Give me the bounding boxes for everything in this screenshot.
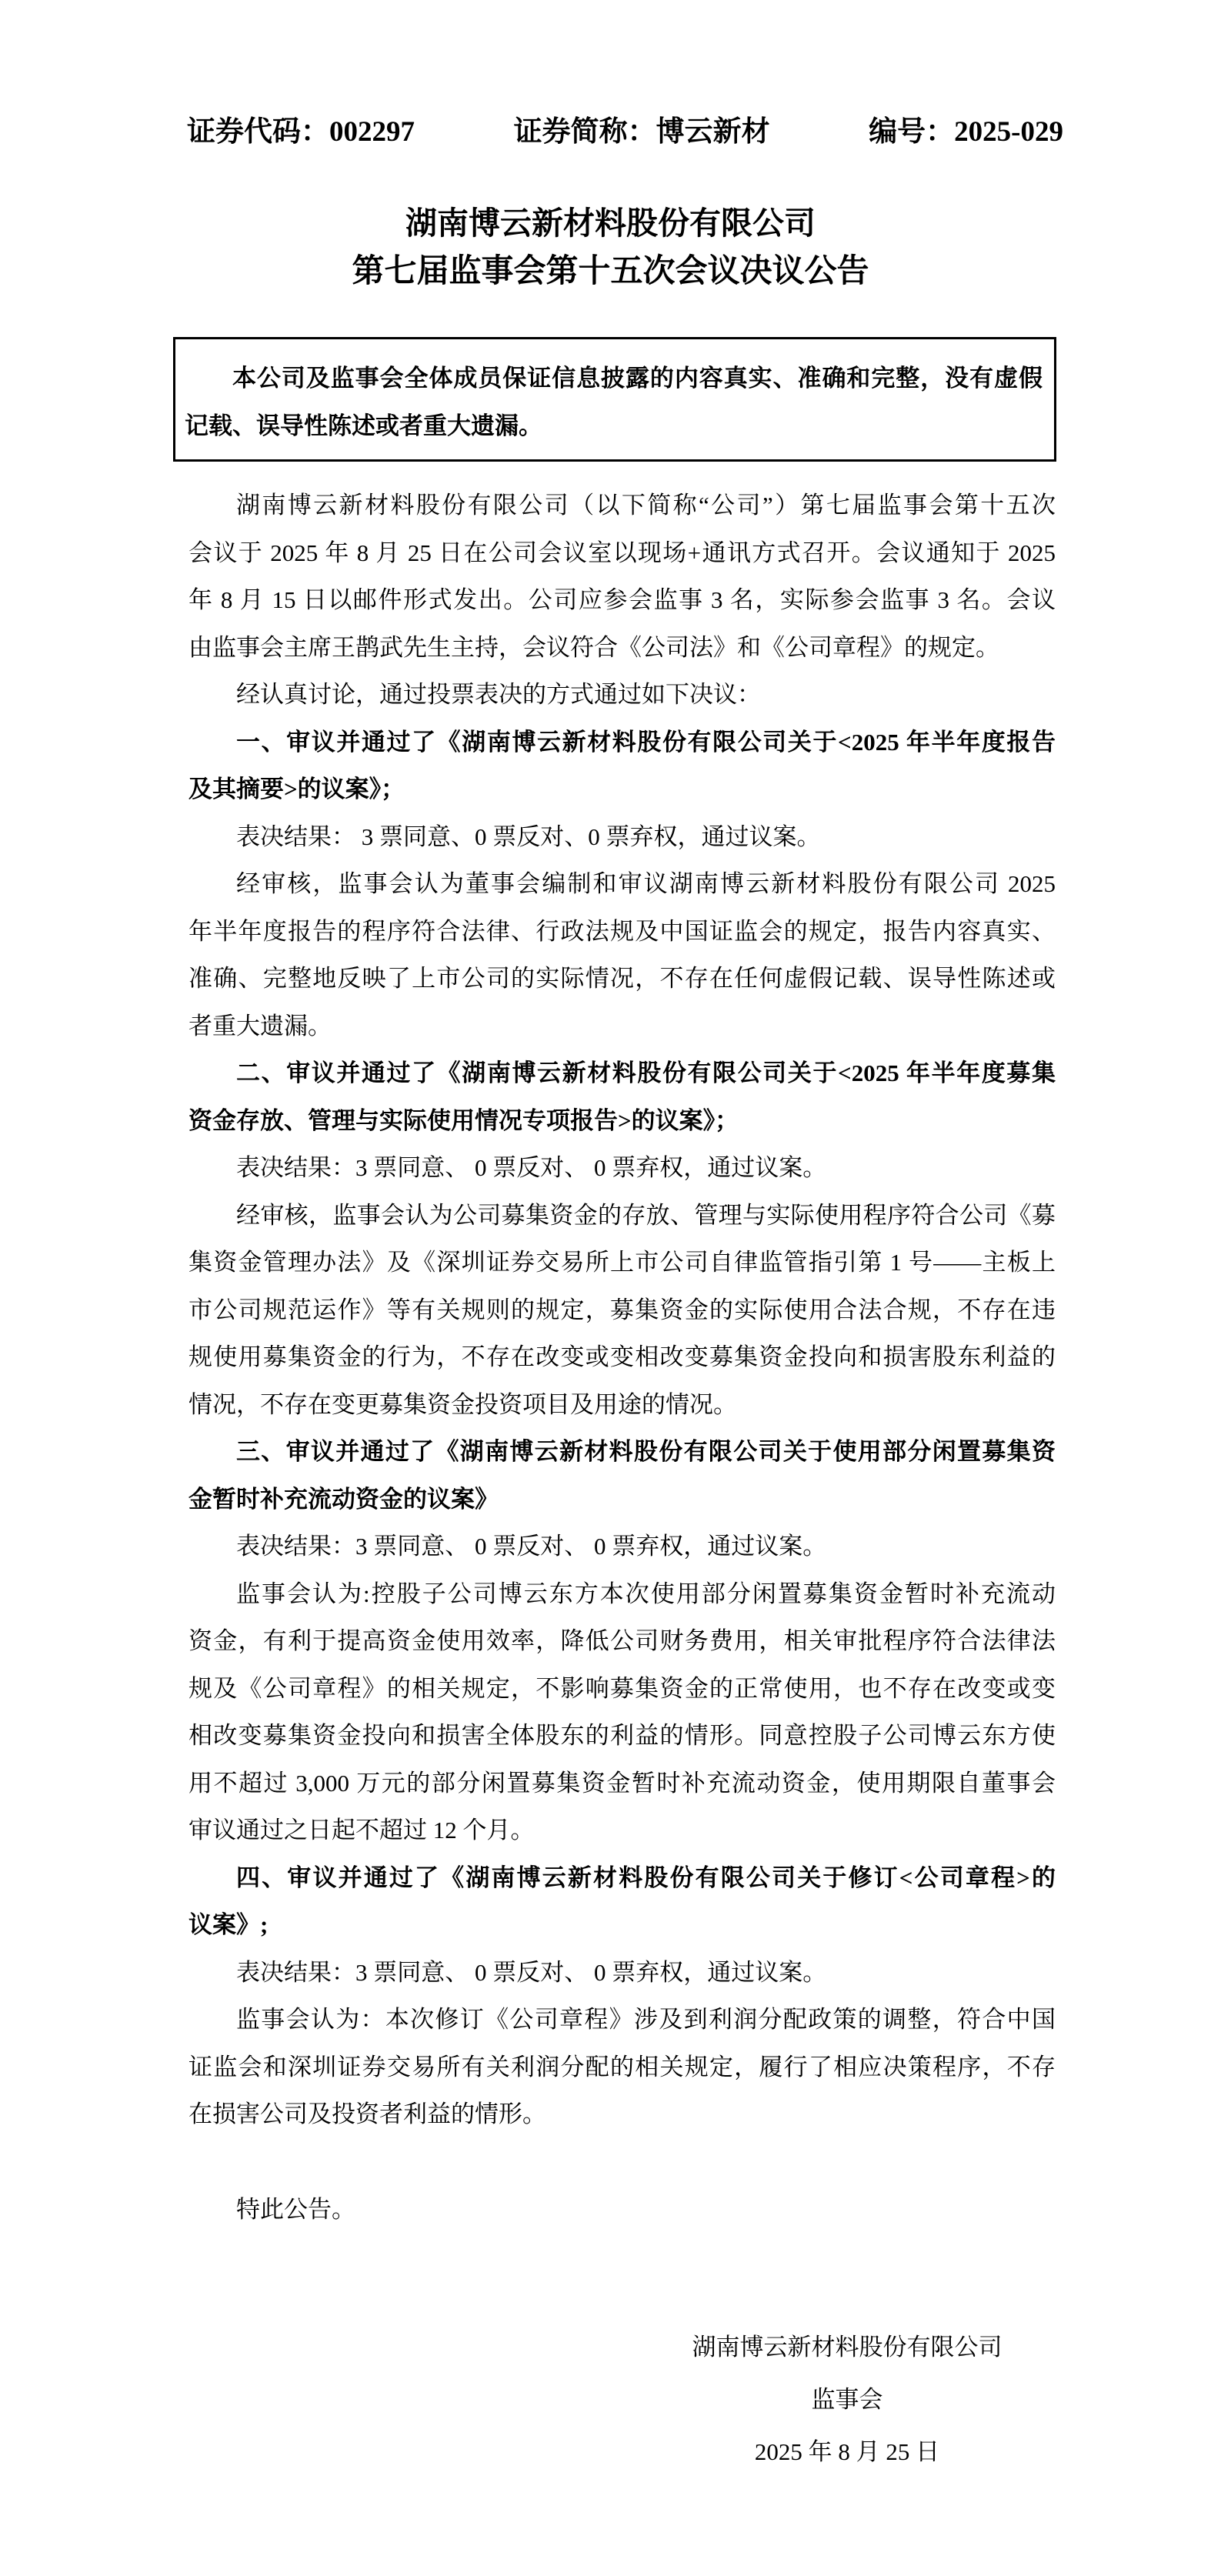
body-line: 金暂时补充流动资金的议案》 (188, 1476, 1056, 1523)
body-line: 特此公告。 (188, 2186, 1056, 2234)
securities-header: 证券代码：002297 证券简称：博云新材 编号：2025-029 (187, 115, 1063, 149)
body-line: 市公司规范运作》等有关规则的规定，募集资金的实际使用合法合规，不存在违 (188, 1286, 1056, 1334)
signature-block: 湖南博云新材料股份有限公司 监事会 2025 年 8 月 25 日 (678, 2321, 1016, 2478)
body-line: 表决结果：3 票同意、 0 票反对、 0 票弃权，通过议案。 (188, 1949, 1056, 1997)
body-line: 及其摘要>的议案》； (188, 766, 1056, 813)
stock-code: 证券代码：002297 (187, 115, 415, 149)
body-line: 表决结果：3 票同意、 0 票反对、 0 票弃权，通过议案。 (188, 1523, 1056, 1570)
body-line: 审议通过之日起不超过 12 个月。 (188, 1807, 1056, 1854)
body-line: 情况，不存在变更募集资金投资项目及用途的情况。 (188, 1381, 1056, 1429)
body-line: 表决结果： 3 票同意、0 票反对、0 票弃权，通过议案。 (188, 813, 1056, 861)
body-line: 会议于 2025 年 8 月 25 日在公司会议室以现场+通讯方式召开。会议通知… (188, 529, 1056, 577)
body-line: 年 8 月 15 日以邮件形式发出。公司应参会监事 3 名，实际参会监事 3 名… (188, 576, 1056, 624)
signature-date: 2025 年 8 月 25 日 (678, 2426, 1016, 2478)
body-line: 资金，有利于提高资金使用效率，降低公司财务费用，相关审批程序符合法律法 (188, 1617, 1056, 1665)
body-line: 相改变募集资金投向和损害全体股东的利益的情形。同意控股子公司博云东方使 (188, 1712, 1056, 1760)
disclaimer-line: 本公司及监事会全体成员保证信息披露的内容真实、准确和完整，没有虚假 (185, 355, 1043, 402)
disclaimer-box: 本公司及监事会全体成员保证信息披露的内容真实、准确和完整，没有虚假记载、误导性陈… (173, 337, 1056, 462)
company-title: 湖南博云新材料股份有限公司 (0, 208, 1221, 239)
announcement-page: 证券代码：002297 证券简称：博云新材 编号：2025-029 湖南博云新材… (0, 0, 1221, 2576)
body-line: 经审核，监事会认为公司募集资金的存放、管理与实际使用程序符合公司《募 (188, 1192, 1056, 1240)
body-line: 三、审议并通过了《湖南博云新材料股份有限公司关于使用部分闲置募集资 (188, 1428, 1056, 1476)
body-line: 规使用募集资金的行为，不存在改变或变相改变募集资金投向和损害股东利益的 (188, 1333, 1056, 1381)
body-line: 用不超过 3,000 万元的部分闲置募集资金暂时补充流动资金，使用期限自董事会 (188, 1760, 1056, 1807)
body-line: 四、审议并通过了《湖南博云新材料股份有限公司关于修订<公司章程>的 (188, 1854, 1056, 1902)
body-line: 监事会认为：本次修订《公司章程》涉及到利润分配政策的调整，符合中国 (188, 1996, 1056, 2044)
body-line: 湖南博云新材料股份有限公司（以下简称“公司”）第七届监事会第十五次 (188, 482, 1056, 529)
disclaimer-line: 记载、误导性陈述或者重大遗漏。 (185, 402, 1043, 450)
stock-short-name: 证券简称：博云新材 (514, 115, 770, 149)
page-title: 第七届监事会第十五次会议决议公告 (0, 255, 1221, 288)
body-line: 表决结果：3 票同意、 0 票反对、 0 票弃权，通过议案。 (188, 1144, 1056, 1192)
body-line: 监事会认为:控股子公司博云东方本次使用部分闲置募集资金暂时补充流动 (188, 1570, 1056, 1618)
signature-company: 湖南博云新材料股份有限公司 (678, 2321, 1016, 2374)
body-line: 集资金管理办法》及《深圳证券交易所上市公司自律监管指引第 1 号——主板上 (188, 1239, 1056, 1286)
signature-department: 监事会 (678, 2374, 1016, 2426)
announcement-number: 编号：2025-029 (869, 115, 1063, 149)
body-line: 证监会和深圳证券交易所有关利润分配的相关规定，履行了相应决策程序，不存 (188, 2044, 1056, 2091)
body-line: 经认真讨论，通过投票表决的方式通过如下决议： (188, 671, 1056, 719)
announcement-body: 湖南博云新材料股份有限公司（以下简称“公司”）第七届监事会第十五次会议于 202… (188, 482, 1056, 2233)
body-line: 年半年度报告的程序符合法律、行政法规及中国证监会的规定，报告内容真实、 (188, 908, 1056, 956)
body-line: 在损害公司及投资者利益的情形。 (188, 2090, 1056, 2138)
body-line: 者重大遗漏。 (188, 1003, 1056, 1050)
body-line: 由监事会主席王鹊武先生主持，会议符合《公司法》和《公司章程》的规定。 (188, 624, 1056, 672)
body-line: 资金存放、管理与实际使用情况专项报告>的议案》； (188, 1097, 1056, 1145)
body-line: 规及《公司章程》的相关规定，不影响募集资金的正常使用，也不存在改变或变 (188, 1665, 1056, 1713)
body-line: 一、审议并通过了《湖南博云新材料股份有限公司关于<2025 年半年度报告 (188, 719, 1056, 766)
body-line: 议案》; (188, 1901, 1056, 1949)
body-line: 准确、完整地反映了上市公司的实际情况，不存在任何虚假记载、误导性陈述或 (188, 955, 1056, 1003)
body-line: 二、审议并通过了《湖南博云新材料股份有限公司关于<2025 年半年度募集 (188, 1049, 1056, 1097)
body-line: 经审核，监事会认为董事会编制和审议湖南博云新材料股份有限公司 2025 (188, 860, 1056, 908)
